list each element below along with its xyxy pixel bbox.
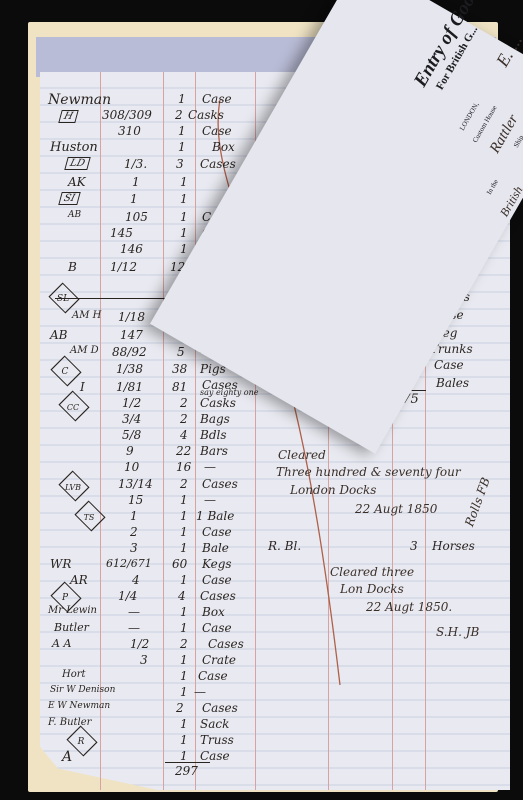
mark-text: R <box>78 737 85 747</box>
package-numbers: 1/18 <box>118 310 145 324</box>
package-mark: A <box>62 749 72 765</box>
package-type: Case <box>200 749 230 763</box>
package-numbers: 4 <box>132 573 140 587</box>
quantity: 3 <box>176 157 184 171</box>
quantity: 1 <box>180 509 188 523</box>
package-mark: SI <box>58 192 80 205</box>
package-mark: H <box>58 110 78 123</box>
package-numbers: 1/2 <box>130 637 149 651</box>
quantity: 2 <box>180 412 188 426</box>
quantity: 4 <box>178 589 186 603</box>
mark-text: P <box>62 593 68 603</box>
package-mark: AM H <box>72 310 101 321</box>
quantity: 2 <box>180 477 188 491</box>
quantity: 81 <box>172 380 187 394</box>
package-mark: AR <box>70 573 88 587</box>
package-mark: LD <box>64 157 90 170</box>
merchant-name: Butler <box>54 621 89 634</box>
quantity: 1 <box>180 242 188 256</box>
package-mark: I <box>80 380 85 394</box>
clearance-cleared: Cleared <box>278 448 326 462</box>
quantity: 1 <box>180 493 188 507</box>
merchant-name: Newman <box>48 92 111 108</box>
package-numbers: 1/12 <box>110 260 137 274</box>
package-numbers: — <box>128 621 140 635</box>
package-numbers: 1 <box>130 509 138 523</box>
package-type: Case <box>202 92 232 106</box>
diamond-mark: TS <box>74 508 104 526</box>
package-type: Kegs <box>202 557 232 571</box>
package-numbers: 1/38 <box>116 362 143 376</box>
package-type: Case <box>202 621 232 635</box>
quantity: 1 <box>180 192 188 206</box>
clearance-initials: S.H. JB <box>436 625 479 639</box>
merchant-name: Mr Lewin <box>48 605 97 616</box>
quantity: 1 <box>178 140 186 154</box>
quantity: 22 <box>176 444 191 458</box>
merchant-name: F. Butler <box>48 717 91 728</box>
quantity: 4 <box>180 428 188 442</box>
merchant-name: WR <box>50 557 71 571</box>
clearance-cleared: Cleared three <box>330 565 414 579</box>
package-type: Case <box>202 124 232 138</box>
package-type: Box <box>202 605 225 619</box>
package-type: Bars <box>200 444 228 458</box>
package-type: Case <box>202 525 232 539</box>
clearance-date: 22 Augt 1850 <box>355 502 437 516</box>
quantity: 1 <box>180 525 188 539</box>
description: Bales <box>436 376 469 390</box>
package-type: Bags <box>200 412 230 426</box>
package-numbers: 13/14 <box>118 477 153 491</box>
package-mark: AK <box>68 175 86 189</box>
package-numbers: 3 <box>140 653 148 667</box>
quantity: 1 <box>180 541 188 555</box>
quantity: 1 <box>178 124 186 138</box>
package-type: Crate <box>202 653 236 667</box>
package-numbers: 9 <box>126 444 134 458</box>
quantity: 1 <box>180 175 188 189</box>
package-numbers: 15 <box>128 493 143 507</box>
description: Case <box>434 358 464 372</box>
package-type: Bale <box>202 541 229 555</box>
quantity: 16 <box>176 460 191 474</box>
package-type: Cases <box>200 589 236 603</box>
package-type: Case <box>202 573 232 587</box>
package-type: Casks <box>188 108 224 122</box>
package-type: Bdls <box>200 428 227 442</box>
package-type: Cases <box>208 637 244 651</box>
column-rule <box>100 72 101 790</box>
quantity: 1 <box>180 573 188 587</box>
clearance-quantity-words: Three hundred & seventy four <box>276 465 461 479</box>
package-mark: AB <box>68 210 81 220</box>
quantity: 1 <box>180 226 188 240</box>
column-rule <box>195 72 196 790</box>
total-rule <box>165 762 210 763</box>
quantity: 1 <box>178 92 186 106</box>
package-numbers: 1 <box>132 175 140 189</box>
package-numbers: 310 <box>118 124 141 138</box>
quantity: 2 <box>175 108 183 122</box>
quantity: 38 <box>172 362 187 376</box>
merchant-name: Hort <box>62 669 86 680</box>
mark-text: TS <box>84 513 95 522</box>
quantity: 1 <box>180 621 188 635</box>
package-numbers: 5/8 <box>122 428 141 442</box>
package-numbers: 145 <box>110 226 133 240</box>
package-type: — <box>204 493 216 507</box>
package-numbers: — <box>128 605 140 619</box>
column-rule <box>163 72 164 790</box>
quantity: 2 <box>180 637 188 651</box>
quantity: 1 <box>180 733 188 747</box>
quantity: 1 <box>180 749 188 763</box>
package-mark: A A <box>52 637 71 650</box>
package-numbers: 1 <box>130 192 138 206</box>
package-type: Cases <box>202 701 238 715</box>
package-numbers: 2 <box>130 525 138 539</box>
package-numbers: 1/2 <box>122 396 141 410</box>
merchant-name: Huston <box>50 140 98 155</box>
quantity: 2 <box>176 701 184 715</box>
mark-text: SL <box>57 294 69 304</box>
package-mark: AM D <box>70 345 99 356</box>
package-numbers: 612/671 <box>106 557 152 570</box>
package-numbers: 3 <box>130 541 138 555</box>
package-numbers: 146 <box>120 242 143 256</box>
package-type: Box <box>212 140 235 154</box>
package-numbers: 1/81 <box>116 380 143 394</box>
package-numbers: 1/4 <box>118 589 137 603</box>
mark-text: C <box>62 367 69 377</box>
diamond-mark: C <box>50 363 80 381</box>
package-type: — <box>194 685 206 699</box>
package-numbers: 3/4 <box>122 412 141 426</box>
package-numbers: 88/92 <box>112 345 147 359</box>
merchant-name: E W Newman <box>48 701 110 711</box>
quantity: 5 <box>177 345 185 359</box>
package-mark: AB <box>50 328 67 342</box>
package-type: Cases <box>200 157 236 171</box>
quantity: 1 <box>180 717 188 731</box>
clearance-location: London Docks <box>290 483 376 497</box>
package-type: Case <box>198 669 228 683</box>
quantity: 1 <box>180 653 188 667</box>
mark-note: R. Bl. <box>268 539 301 553</box>
mark-text: CC <box>67 403 79 412</box>
grand-total: 297 <box>175 764 198 778</box>
quantity: 1 <box>180 669 188 683</box>
clearance-location: Lon Docks <box>340 582 404 596</box>
package-numbers: 10 <box>124 460 139 474</box>
mark-text: LVB <box>65 483 81 492</box>
package-type: — <box>204 460 216 474</box>
clearance-date: 22 Augt 1850. <box>366 600 452 614</box>
package-type: 1 Bale <box>196 509 234 523</box>
package-type: Truss <box>200 733 234 747</box>
diamond-mark: CC <box>58 398 88 416</box>
description: Horses <box>432 539 475 553</box>
package-type: Cases <box>202 477 238 491</box>
package-numbers: 308/309 <box>102 108 152 122</box>
quantity: 1 <box>180 605 188 619</box>
package-type: Sack <box>200 717 229 731</box>
quantity: 60 <box>172 557 187 571</box>
package-numbers: 1/3. <box>124 157 147 171</box>
merchant-name: Sir W Denison <box>50 685 115 695</box>
package-numbers: 147 <box>120 328 143 342</box>
quantity: 1 <box>180 210 188 224</box>
package-type: Casks <box>200 396 236 410</box>
package-numbers: 105 <box>125 210 148 224</box>
package-mark: B <box>68 260 77 274</box>
count: 3 <box>410 539 418 553</box>
diamond-mark: LVB <box>58 478 88 496</box>
quantity: 2 <box>180 396 188 410</box>
quantity: 1 <box>180 685 188 699</box>
diamond-mark: SL <box>48 290 78 308</box>
